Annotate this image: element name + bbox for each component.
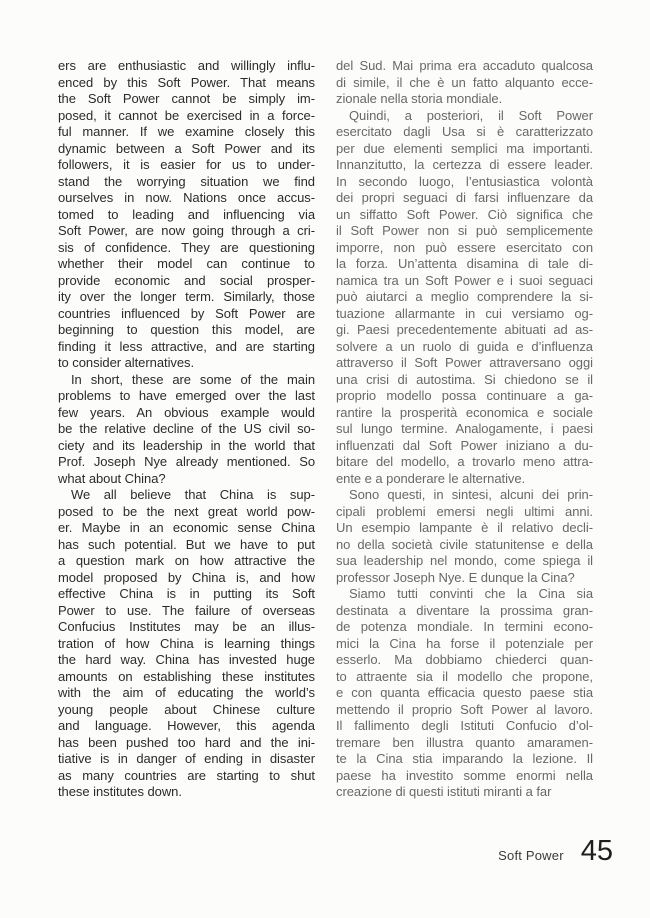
- text-line: bitare del modello, a trovarlo meno attr…: [336, 454, 593, 471]
- text-line: sis of confidence. They are questioning: [58, 240, 315, 257]
- text-line: può aiutarci a meglio comprendere la si-: [336, 289, 593, 306]
- text-line: rantire la prosperità economica e social…: [336, 405, 593, 422]
- text-line: e con quanta efficacia questo paese stia: [336, 685, 593, 702]
- text-line: effective China is in putting its Soft: [58, 586, 315, 603]
- text-line: zionale nella storia mondiale.: [336, 91, 593, 108]
- text-line: posed, it cannot be exercised in a force…: [58, 108, 315, 125]
- text-line: and language. However, this agenda: [58, 718, 315, 735]
- text-line: has been pushed too hard and the ini-: [58, 735, 315, 752]
- text-line: solvere a un ruolo di guida e d’influenz…: [336, 339, 593, 356]
- text-line: to attraente sia il modello che propone,: [336, 669, 593, 686]
- text-line: tiative is in danger of ending in disast…: [58, 751, 315, 768]
- column-italian: del Sud. Mai prima era accaduto qualcosa…: [336, 58, 593, 801]
- text-line: what about China?: [58, 471, 315, 488]
- text-line: sua leadership nel mondo, come spiega il: [336, 553, 593, 570]
- text-line: esercitato dagli Usa si è caratterizzato: [336, 124, 593, 141]
- text-line: creazione di questi istituti miranti a f…: [336, 784, 593, 801]
- text-line: mettendo il proprio Soft Power al lavoro…: [336, 702, 593, 719]
- text-line: these institutes down.: [58, 784, 315, 801]
- text-line: ers are enthusiastic and willingly influ…: [58, 58, 315, 75]
- text-line: Prof. Joseph Nye already mentioned. So: [58, 454, 315, 471]
- text-line: We all believe that China is sup-: [58, 487, 315, 504]
- text-line: per due elementi semplici ma importanti.: [336, 141, 593, 158]
- text-line: paese ha investito somme enormi nella: [336, 768, 593, 785]
- text-line: proprio modello possa continuare a ga-: [336, 388, 593, 405]
- text-columns: ers are enthusiastic and willingly influ…: [58, 58, 593, 801]
- text-line: tuazione allarmante in cui versiamo og-: [336, 306, 593, 323]
- text-line: Sono questi, in sintesi, alcuni dei prin…: [336, 487, 593, 504]
- text-line: enced by this Soft Power. That means: [58, 75, 315, 92]
- text-line: to consider alternatives.: [58, 355, 315, 372]
- text-line: la forza. Un’attenta disamina di tale di…: [336, 256, 593, 273]
- text-line: esserlo. Ma dobbiamo chiederci quan-: [336, 652, 593, 669]
- text-line: countries influenced by Soft Power are: [58, 306, 315, 323]
- text-line: amounts on establishing these institutes: [58, 669, 315, 686]
- text-line: young people about Chinese culture: [58, 702, 315, 719]
- text-line: Siamo tutti convinti che la Cina sia: [336, 586, 593, 603]
- text-line: ful manner. If we examine closely this: [58, 124, 315, 141]
- text-line: In short, these are some of the main: [58, 372, 315, 389]
- text-line: ourselves in now. Nations once accus-: [58, 190, 315, 207]
- text-line: finding it less attractive, and are star…: [58, 339, 315, 356]
- text-line: del Sud. Mai prima era accaduto qualcosa: [336, 58, 593, 75]
- column-english: ers are enthusiastic and willingly influ…: [58, 58, 315, 801]
- text-line: provide economic and social prosper-: [58, 273, 315, 290]
- text-line: destinata a diventare la prossima gran-: [336, 603, 593, 620]
- text-line: sul lungo termine. Analogamente, i paesi: [336, 421, 593, 438]
- text-line: the Soft Power cannot be simply im-: [58, 91, 315, 108]
- text-line: model proposed by China is, and how: [58, 570, 315, 587]
- text-line: Power to use. The failure of overseas: [58, 603, 315, 620]
- text-line: una crisi di autostima. Si chiedono se i…: [336, 372, 593, 389]
- text-line: gi. Paesi precedentemente abituati ad as…: [336, 322, 593, 339]
- text-line: posed to be the next great world pow-: [58, 504, 315, 521]
- text-line: mici la Cina ha forse il potenziale per: [336, 636, 593, 653]
- text-line: tomed to leading and influencing via: [58, 207, 315, 224]
- text-line: Soft Power, are now going through a cri-: [58, 223, 315, 240]
- page-number: 45: [581, 835, 613, 868]
- text-line: tremare ben illustra quanto amaramen-: [336, 735, 593, 752]
- text-line: Un esempio lampante è il relativo decli-: [336, 520, 593, 537]
- text-line: stand the worrying situation we find: [58, 174, 315, 191]
- text-line: dynamic between a Soft Power and its: [58, 141, 315, 158]
- text-line: with the aim of educating the world’s: [58, 685, 315, 702]
- text-line: has such potential. But we have to put: [58, 537, 315, 554]
- text-line: followers, it is easier for us to under-: [58, 157, 315, 174]
- text-line: ity over the longer term. Similarly, tho…: [58, 289, 315, 306]
- text-line: as many countries are starting to shut: [58, 768, 315, 785]
- running-head: Soft Power: [498, 848, 564, 863]
- text-line: te la Cina stia imparando la lezione. Il: [336, 751, 593, 768]
- text-line: Confucius Institutes may be an illus-: [58, 619, 315, 636]
- text-line: cipali problemi emersi negli ultimi anni…: [336, 504, 593, 521]
- text-line: attraverso il Soft Power attraversano og…: [336, 355, 593, 372]
- text-line: ente e a ponderare le alternative.: [336, 471, 593, 488]
- text-line: imporre, non può essere esercitato con: [336, 240, 593, 257]
- text-line: no della società civile statunitense e d…: [336, 537, 593, 554]
- text-line: influenzati dal Soft Power iniziano a du…: [336, 438, 593, 455]
- text-line: beginning to question this model, are: [58, 322, 315, 339]
- text-line: Innanzitutto, la certezza di essere lead…: [336, 157, 593, 174]
- text-line: the hard way. China has invested huge: [58, 652, 315, 669]
- text-line: namica tra un Soft Power e i suoi seguac…: [336, 273, 593, 290]
- text-line: de potenza mondiale. In termini econo-: [336, 619, 593, 636]
- text-line: ciety and its leadership in the world th…: [58, 438, 315, 455]
- text-line: Quindi, a posteriori, il Soft Power: [336, 108, 593, 125]
- text-line: tration of how China is learning things: [58, 636, 315, 653]
- text-line: professor Joseph Nye. E dunque la Cina?: [336, 570, 593, 587]
- page-footer: Soft Power 45: [498, 835, 613, 868]
- text-line: be the relative decline of the US civil …: [58, 421, 315, 438]
- text-line: In secondo luogo, l’entusiastica volontà: [336, 174, 593, 191]
- text-line: il Soft Power non si può semplicemente: [336, 223, 593, 240]
- text-line: Il fallimento degli Istituti Confucio d’…: [336, 718, 593, 735]
- text-line: di simile, il che è un fatto alquanto ec…: [336, 75, 593, 92]
- book-page: ers are enthusiastic and willingly influ…: [0, 0, 650, 918]
- text-line: few years. An obvious example would: [58, 405, 315, 422]
- text-line: er. Maybe in an economic sense China: [58, 520, 315, 537]
- text-line: problems to have emerged over the last: [58, 388, 315, 405]
- text-line: un siffatto Soft Power. Ciò significa ch…: [336, 207, 593, 224]
- text-line: dei propri seguaci di farsi influenzare …: [336, 190, 593, 207]
- text-line: whether their model can continue to: [58, 256, 315, 273]
- text-line: a question mark on how attractive the: [58, 553, 315, 570]
